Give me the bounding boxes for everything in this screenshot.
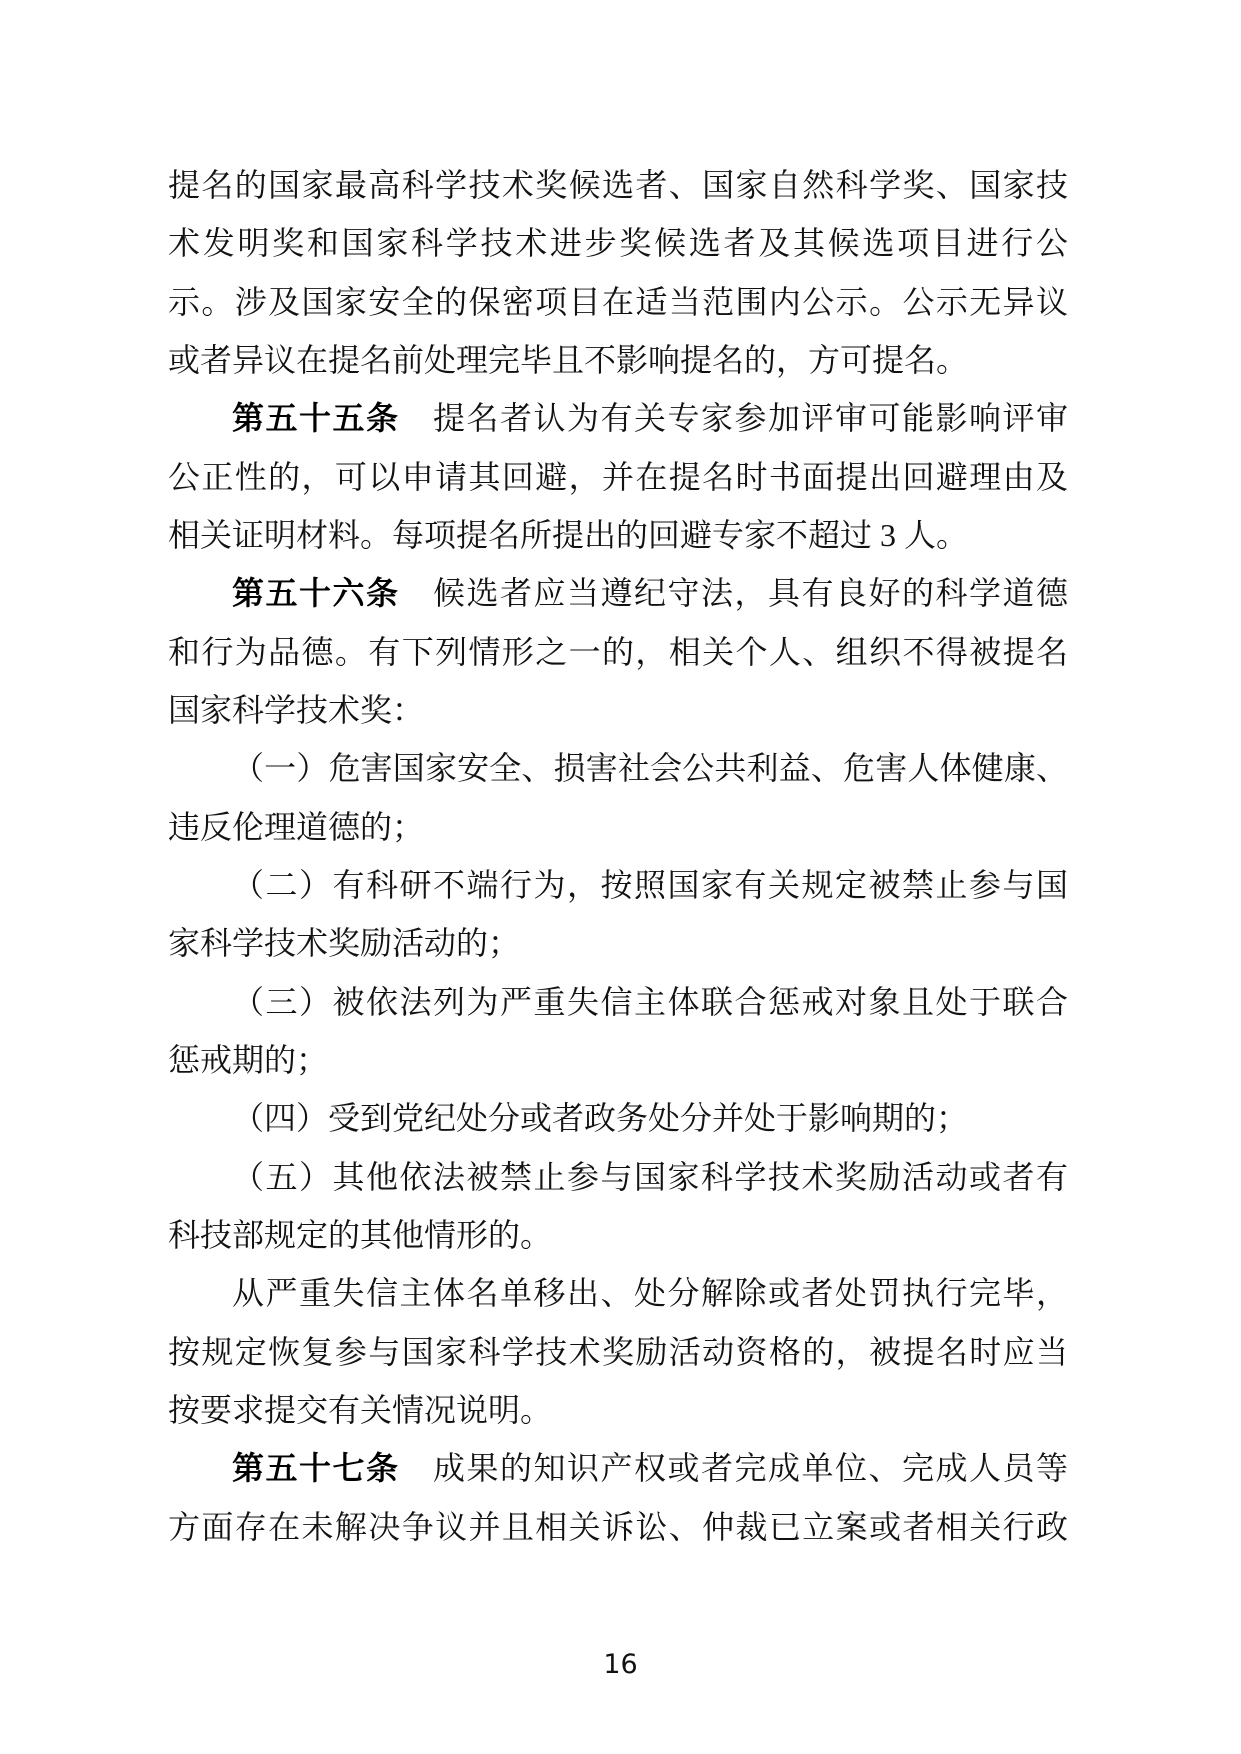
text-line: 国家科学技术奖： [168, 681, 1068, 739]
text-line: 从严重失信主体名单移出、处分解除或者处罚执行完毕， [168, 1264, 1068, 1322]
article-line: 第五十五条 提名者认为有关专家参加评审可能影响评审 [168, 389, 1068, 447]
text-line: 示。涉及国家安全的保密项目在适当范围内公示。公示无异议 [168, 273, 1068, 331]
text-line: 惩戒期的； [168, 1031, 1068, 1089]
page-number: 16 [0, 1645, 1241, 1685]
text-line: 科技部规定的其他情形的。 [168, 1206, 1068, 1264]
text-line: （二）有科研不端行为，按照国家有关规定被禁止参与国 [168, 856, 1068, 914]
article-number: 第五十六条 [232, 575, 400, 611]
document-lines: 提名的国家最高科学技术奖候选者、国家自然科学奖、国家技术发明奖和国家科学技术进步… [168, 156, 1068, 1556]
article-number: 第五十五条 [232, 400, 400, 436]
text-line: 相关证明材料。每项提名所提出的回避专家不超过 3 人。 [168, 506, 1068, 564]
text-line: 按要求提交有关情况说明。 [168, 1381, 1068, 1439]
article-line: 第五十七条 成果的知识产权或者完成单位、完成人员等 [168, 1439, 1068, 1497]
article-number: 第五十七条 [232, 1450, 400, 1486]
text-line: 提名的国家最高科学技术奖候选者、国家自然科学奖、国家技 [168, 156, 1068, 214]
text-line: 术发明奖和国家科学技术进步奖候选者及其候选项目进行公 [168, 214, 1068, 272]
text-line: （三）被依法列为严重失信主体联合惩戒对象且处于联合 [168, 973, 1068, 1031]
text-line: 违反伦理道德的； [168, 798, 1068, 856]
text-line: 家科学技术奖励活动的； [168, 914, 1068, 972]
text-line: （一）危害国家安全、损害社会公共利益、危害人体健康、 [168, 739, 1068, 797]
text-line: 方面存在未解决争议并且相关诉讼、仲裁已立案或者相关行政 [168, 1498, 1068, 1556]
text-line: 按规定恢复参与国家科学技术奖励活动资格的，被提名时应当 [168, 1323, 1068, 1381]
text-line: 或者异议在提名前处理完毕且不影响提名的，方可提名。 [168, 331, 1068, 389]
document-page: 提名的国家最高科学技术奖候选者、国家自然科学奖、国家技术发明奖和国家科学技术进步… [0, 0, 1241, 1754]
text-line: 公正性的，可以申请其回避，并在提名时书面提出回避理由及 [168, 448, 1068, 506]
text-line: （五）其他依法被禁止参与国家科学技术奖励活动或者有 [168, 1148, 1068, 1206]
article-line: 第五十六条 候选者应当遵纪守法，具有良好的科学道德 [168, 564, 1068, 622]
text-line: 和行为品德。有下列情形之一的，相关个人、组织不得被提名 [168, 623, 1068, 681]
text-line: （四）受到党纪处分或者政务处分并处于影响期的； [168, 1089, 1068, 1147]
